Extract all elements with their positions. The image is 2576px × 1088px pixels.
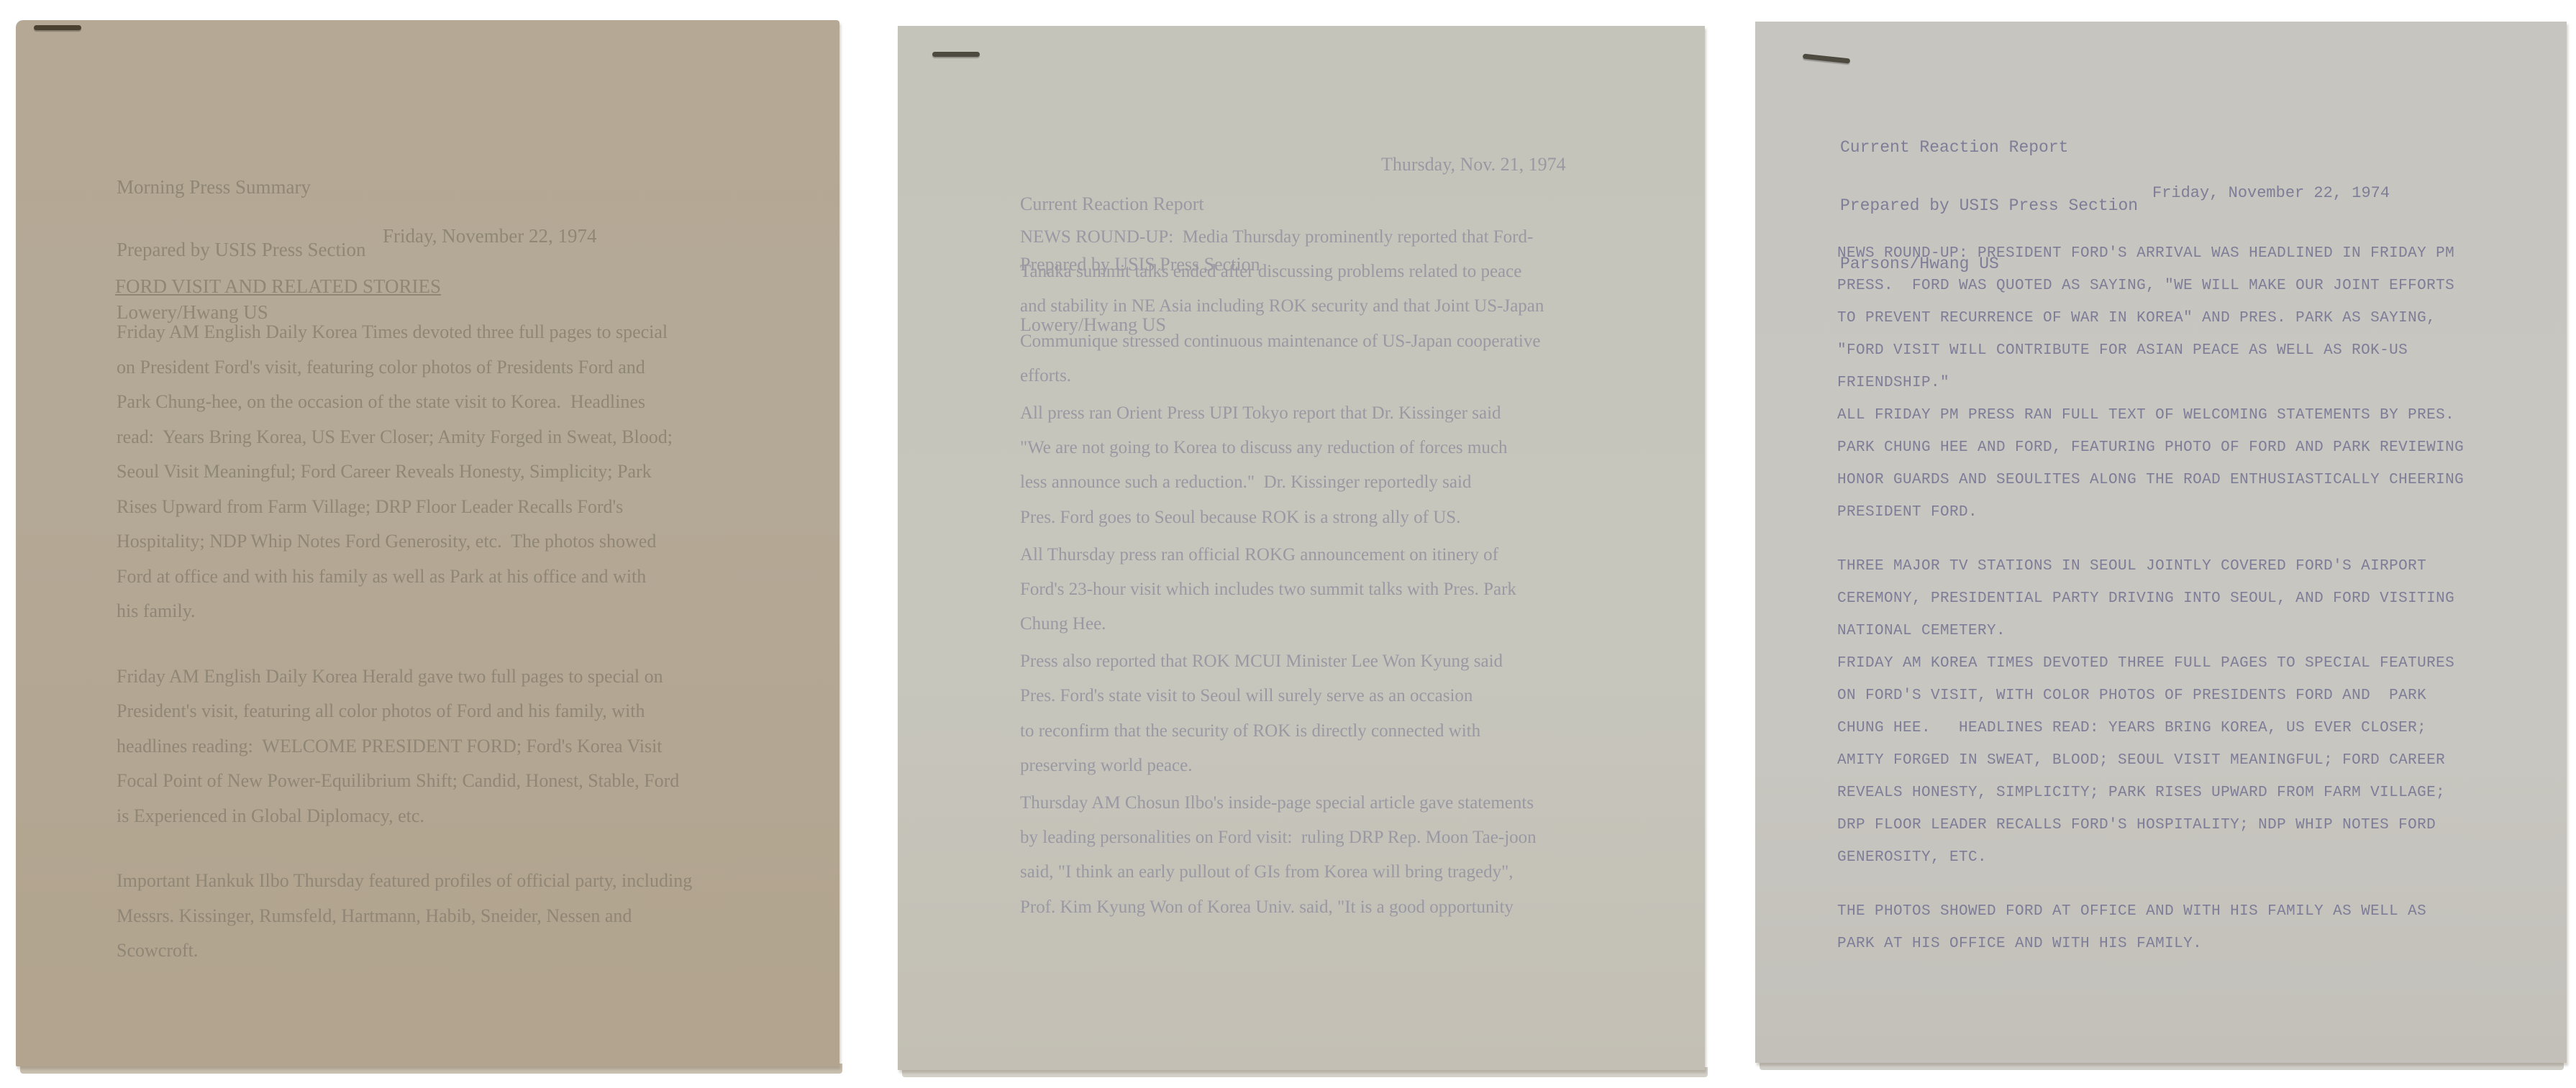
text-line: GENEROSITY, ETC. <box>1837 841 2464 874</box>
text-line: is Experienced in Global Diplomacy, etc. <box>117 799 692 834</box>
header-line: Current Reaction Report <box>1020 194 1260 214</box>
text-line: preserving world peace. <box>1020 749 1544 783</box>
page-stack-edge <box>1760 1060 2564 1070</box>
text-line: PRESIDENT FORD. <box>1837 496 2464 529</box>
text-line: Pres. Ford's state visit to Seoul will s… <box>1020 679 1544 713</box>
paragraph: Press also reported that ROK MCUI Minist… <box>1020 644 1544 783</box>
text-line: TO PREVENT RECURRENCE OF WAR IN KOREA" A… <box>1837 302 2464 334</box>
section-heading: FORD VISIT AND RELATED STORIES <box>115 275 441 298</box>
header-line: Prepared by USIS Press Section <box>1840 196 2138 216</box>
paragraph: Important Hankuk Ilbo Thursday featured … <box>117 864 692 969</box>
text-line: Hospitality; NDP Whip Notes Ford Generos… <box>117 524 692 559</box>
text-line: Pres. Ford goes to Seoul because ROK is … <box>1020 500 1544 535</box>
text-line: Friday AM English Daily Korea Herald gav… <box>117 659 692 695</box>
document-body: Friday AM English Daily Korea Times devo… <box>117 315 692 969</box>
text-line: his family. <box>117 594 692 629</box>
text-line: by leading personalities on Ford visit: … <box>1020 820 1544 855</box>
text-line: less announce such a reduction." Dr. Kis… <box>1020 465 1544 500</box>
document-page-current-reaction-thursday: Current Reaction Report Prepared by USIS… <box>898 26 1705 1070</box>
text-line: Rises Upward from Farm Village; DRP Floo… <box>117 490 692 525</box>
text-line: Tanaka summit talks ended after discussi… <box>1020 255 1544 289</box>
staple-icon <box>34 25 81 30</box>
text-line: Communique stressed continuous maintenan… <box>1020 324 1544 359</box>
page-stack-edge <box>20 1064 842 1074</box>
text-line: Focal Point of New Power-Equilibrium Shi… <box>117 764 692 799</box>
text-line: to reconfirm that the security of ROK is… <box>1020 714 1544 749</box>
text-line: Friday AM English Daily Korea Times devo… <box>117 315 692 350</box>
text-line: NATIONAL CEMETERY. <box>1837 615 2464 647</box>
staple-icon <box>1803 54 1850 64</box>
paragraph: Thursday AM Chosun Ilbo's inside-page sp… <box>1020 786 1544 925</box>
text-line: PARK AT HIS OFFICE AND WITH HIS FAMILY. <box>1837 928 2464 960</box>
paragraph: ALL FRIDAY PM PRESS RAN FULL TEXT OF WEL… <box>1837 399 2464 529</box>
text-line: said, "I think an early pullout of GIs f… <box>1020 855 1544 890</box>
text-line: REVEALS HONESTY, SIMPLICITY; PARK RISES … <box>1837 777 2464 809</box>
document-body: NEWS ROUND-UP: PRESIDENT FORD'S ARRIVAL … <box>1837 237 2464 960</box>
text-line: Park Chung-hee, on the occasion of the s… <box>117 385 692 420</box>
text-line: headlines reading: WELCOME PRESIDENT FOR… <box>117 729 692 764</box>
document-date: Friday, November 22, 1974 <box>383 225 596 247</box>
text-line: NEWS ROUND-UP: PRESIDENT FORD'S ARRIVAL … <box>1837 237 2464 270</box>
text-line: Prof. Kim Kyung Won of Korea Univ. said,… <box>1020 890 1544 925</box>
text-line: PRESS. FORD WAS QUOTED AS SAYING, "WE WI… <box>1837 270 2464 302</box>
text-line: Ford's 23-hour visit which includes two … <box>1020 572 1544 607</box>
text-line: read: Years Bring Korea, US Ever Closer;… <box>117 420 692 455</box>
paragraph: Friday AM English Daily Korea Times devo… <box>117 315 692 629</box>
staple-icon <box>932 52 980 57</box>
text-line: Chung Hee. <box>1020 607 1544 641</box>
text-line: "FORD VISIT WILL CONTRIBUTE FOR ASIAN PE… <box>1837 334 2464 367</box>
text-line: President's visit, featuring all color p… <box>117 694 692 729</box>
paragraph: All press ran Orient Press UPI Tokyo rep… <box>1020 396 1544 535</box>
document-date: Friday, November 22, 1974 <box>2152 184 2390 202</box>
paragraph: THE PHOTOS SHOWED FORD AT OFFICE AND WIT… <box>1837 895 2464 960</box>
text-line: CEREMONY, PRESIDENTIAL PARTY DRIVING INT… <box>1837 582 2464 615</box>
header-line: Current Reaction Report <box>1840 138 2138 157</box>
text-line: PARK CHUNG HEE AND FORD, FEATURING PHOTO… <box>1837 431 2464 464</box>
text-line: All press ran Orient Press UPI Tokyo rep… <box>1020 396 1544 431</box>
header-line: Morning Press Summary <box>117 177 365 198</box>
text-line: All Thursday press ran official ROKG ann… <box>1020 538 1544 572</box>
text-line: "We are not going to Korea to discuss an… <box>1020 431 1544 465</box>
text-line: THREE MAJOR TV STATIONS IN SEOUL JOINTLY… <box>1837 550 2464 582</box>
text-line: HONOR GUARDS AND SEOULITES ALONG THE ROA… <box>1837 464 2464 496</box>
text-line: Ford at office and with his family as we… <box>117 559 692 595</box>
text-line: FRIENDSHIP." <box>1837 367 2464 399</box>
document-page-current-reaction-friday: Current Reaction Report Prepared by USIS… <box>1755 22 2567 1063</box>
text-line: AMITY FORGED IN SWEAT, BLOOD; SEOUL VISI… <box>1837 744 2464 777</box>
paragraph: NEWS ROUND-UP: PRESIDENT FORD'S ARRIVAL … <box>1837 237 2464 399</box>
text-line: ALL FRIDAY PM PRESS RAN FULL TEXT OF WEL… <box>1837 399 2464 431</box>
paragraph: NEWS ROUND-UP: Media Thursday prominentl… <box>1020 220 1544 393</box>
document-body: NEWS ROUND-UP: Media Thursday prominentl… <box>1020 220 1544 925</box>
document-date: Thursday, Nov. 21, 1974 <box>1381 154 1566 175</box>
page-stack-edge <box>902 1067 1708 1077</box>
paragraph: All Thursday press ran official ROKG ann… <box>1020 538 1544 642</box>
text-line: DRP FLOOR LEADER RECALLS FORD'S HOSPITAL… <box>1837 809 2464 841</box>
paragraph: THREE MAJOR TV STATIONS IN SEOUL JOINTLY… <box>1837 550 2464 647</box>
text-line: Scowcroft. <box>117 933 692 969</box>
text-line: Important Hankuk Ilbo Thursday featured … <box>117 864 692 899</box>
paragraph: FRIDAY AM KOREA TIMES DEVOTED THREE FULL… <box>1837 647 2464 874</box>
text-line: THE PHOTOS SHOWED FORD AT OFFICE AND WIT… <box>1837 895 2464 928</box>
text-line: Messrs. Kissinger, Rumsfeld, Hartmann, H… <box>117 899 692 934</box>
paragraph: Friday AM English Daily Korea Herald gav… <box>117 659 692 834</box>
text-line: CHUNG HEE. HEADLINES READ: YEARS BRING K… <box>1837 712 2464 744</box>
text-line: Seoul Visit Meaningful; Ford Career Reve… <box>117 454 692 490</box>
header-line: Prepared by USIS Press Section <box>117 239 365 260</box>
text-line: efforts. <box>1020 359 1544 393</box>
text-line: FRIDAY AM KOREA TIMES DEVOTED THREE FULL… <box>1837 647 2464 680</box>
text-line: Press also reported that ROK MCUI Minist… <box>1020 644 1544 679</box>
text-line: ON FORD'S VISIT, WITH COLOR PHOTOS OF PR… <box>1837 680 2464 712</box>
document-page-morning-press-summary: Morning Press Summary Prepared by USIS P… <box>16 20 839 1066</box>
text-line: and stability in NE Asia including ROK s… <box>1020 289 1544 324</box>
text-line: NEWS ROUND-UP: Media Thursday prominentl… <box>1020 220 1544 255</box>
text-line: Thursday AM Chosun Ilbo's inside-page sp… <box>1020 786 1544 820</box>
text-line: on President Ford's visit, featuring col… <box>117 350 692 385</box>
